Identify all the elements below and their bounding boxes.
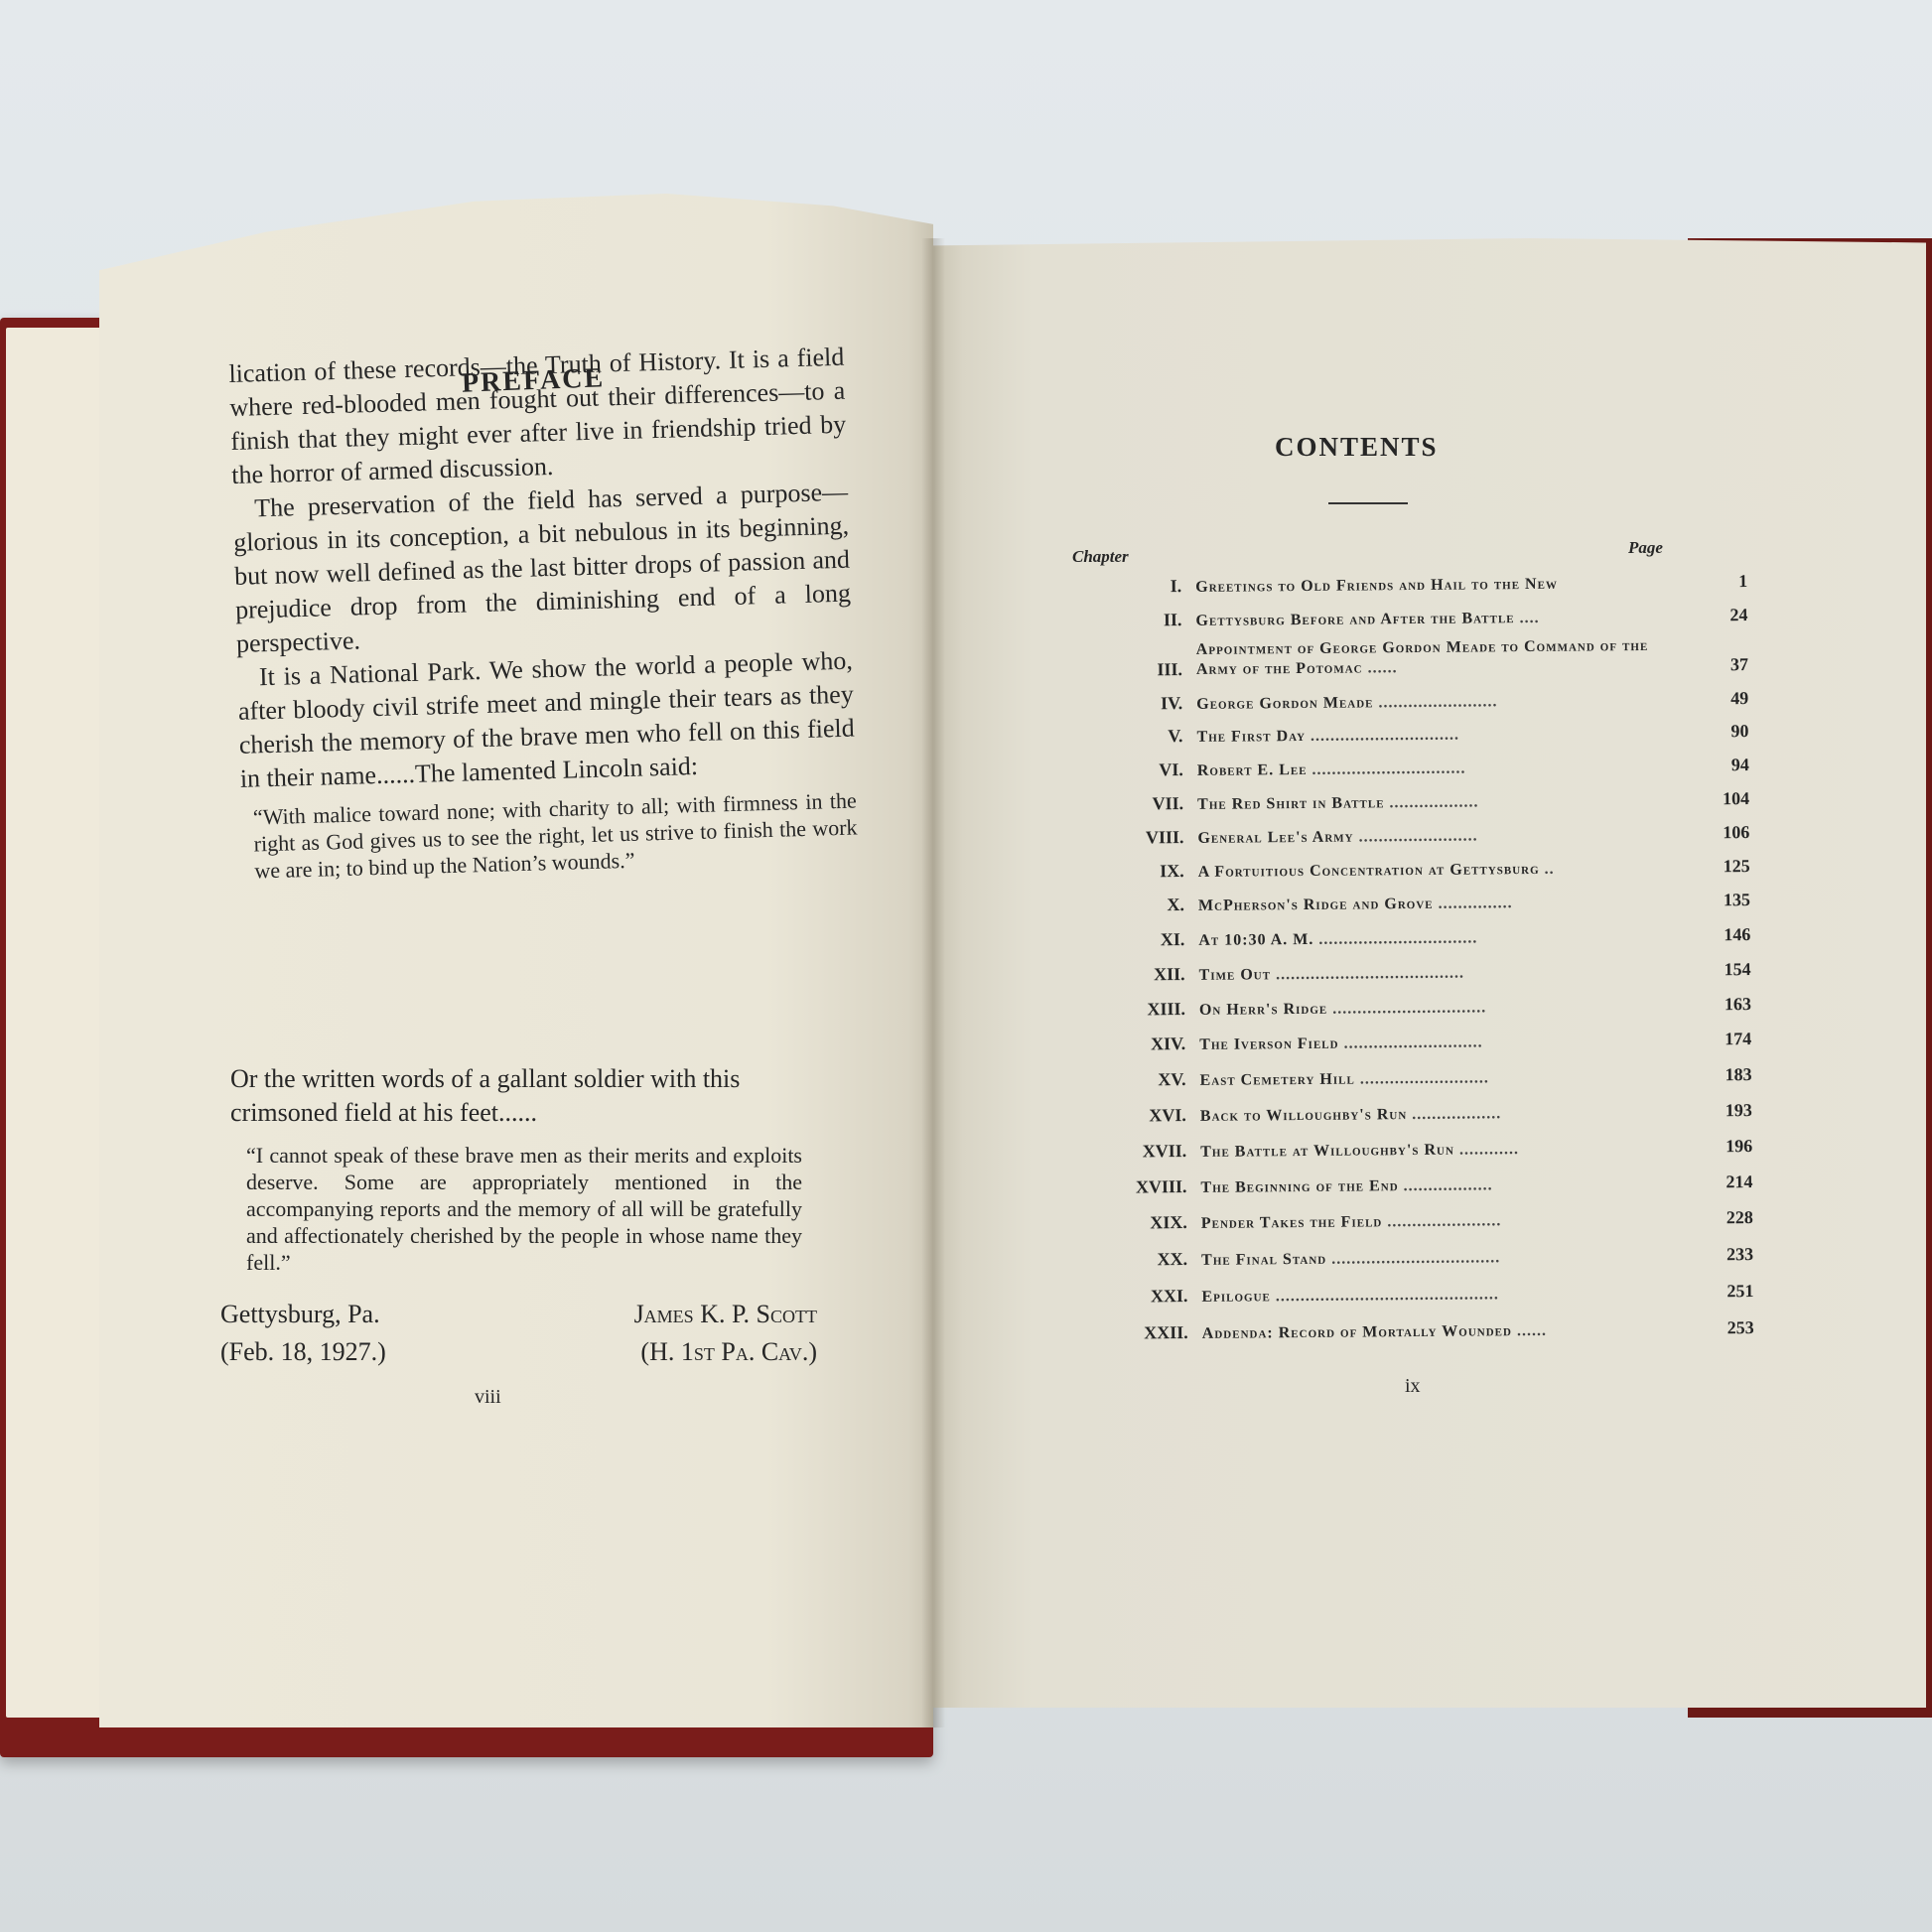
chapter-page: 174 <box>1690 1029 1751 1050</box>
chapter-number: IV. <box>1073 693 1196 715</box>
chapter-title-text: Back to Willoughby's Run <box>1200 1106 1408 1125</box>
chapter-title-text: East Cemetery Hill <box>1199 1071 1354 1089</box>
chapter-number: XIII. <box>1076 999 1199 1021</box>
leader-dots: .............................. <box>1306 727 1459 745</box>
chapter-page: 146 <box>1689 924 1750 946</box>
toc-entry: XV.East Cemetery Hill ..................… <box>1076 1049 1751 1091</box>
signature-author-block: James K. P. Scott (H. 1st Pa. Cav.) <box>544 1296 817 1371</box>
chapter-page: 94 <box>1688 755 1749 776</box>
chapter-page: 214 <box>1691 1172 1752 1193</box>
leader-dots: .................. <box>1407 1105 1501 1123</box>
toc-entry: XIX.Pender Takes the Field .............… <box>1078 1192 1753 1234</box>
chapter-number: IX. <box>1075 861 1198 883</box>
chapter-title: Appointment of George Gordon Meade to Co… <box>1196 636 1687 680</box>
chapter-title-text: Greetings to Old Friends and Hail to the… <box>1195 576 1558 596</box>
chapter-title-text: Epilogue <box>1201 1288 1271 1306</box>
chapter-title-text: Addenda: Record of Mortally Wounded <box>1202 1322 1512 1342</box>
chapter-title-text: Time Out <box>1199 966 1272 984</box>
chapter-title-text: The Final Stand <box>1201 1251 1326 1269</box>
chapter-number: XIV. <box>1076 1034 1199 1055</box>
chapter-page: 251 <box>1692 1281 1753 1303</box>
chapter-page: 37 <box>1687 654 1748 676</box>
chapter-number: VI. <box>1074 759 1197 781</box>
chapter-title-text: At 10:30 A. M. <box>1198 931 1313 949</box>
chapter-page: 163 <box>1690 994 1751 1016</box>
leader-dots: ............................ <box>1338 1034 1482 1051</box>
chapter-number: III. <box>1073 659 1196 681</box>
toc-entry: XVIII.The Beginning of the End .........… <box>1077 1157 1752 1198</box>
chapter-page: 125 <box>1689 856 1750 878</box>
toc-entry: XII.Time Out ...........................… <box>1075 945 1750 986</box>
chapter-number: XVI. <box>1077 1105 1200 1127</box>
leader-dots: ...... <box>1512 1322 1547 1339</box>
chapter-number: XXII. <box>1079 1322 1202 1344</box>
signature-place-date: Gettysburg, Pa. (Feb. 18, 1927.) <box>220 1296 386 1371</box>
chapter-title-text: George Gordon Meade <box>1196 694 1373 713</box>
leader-dots: ...... <box>1362 659 1397 676</box>
chapter-title-text: The Red Shirt in Battle <box>1197 794 1385 813</box>
toc-entry: XIII.On Herr's Ridge ...................… <box>1076 980 1751 1021</box>
chapter-page: 228 <box>1692 1207 1753 1229</box>
chapter-number: XII. <box>1076 964 1199 986</box>
chapter-number: XIX. <box>1078 1212 1201 1234</box>
leader-dots: ................................ <box>1313 929 1477 947</box>
toc-entry: IX.A Fortuitious Concentration at Gettys… <box>1075 843 1750 883</box>
contents-heading: CONTENTS <box>1275 432 1439 463</box>
chapter-number: II. <box>1072 610 1195 631</box>
chapter-title-text: A Fortuitious Concentration at Gettysbur… <box>1198 861 1540 881</box>
chapter-page: 196 <box>1691 1136 1752 1158</box>
page-number-left: viii <box>475 1386 501 1409</box>
toc-entry: XXII.Addenda: Record of Mortally Wounded… <box>1079 1302 1754 1344</box>
chapter-title-text: Appointment of George Gordon Meade to Co… <box>1196 637 1649 678</box>
chapter-title-text: Gettysburg Before and After the Battle <box>1195 610 1514 629</box>
chapter-title-text: On Herr's Ridge <box>1199 1001 1327 1019</box>
chapter-page: 253 <box>1693 1317 1754 1339</box>
chapter-title-text: The Iverson Field <box>1199 1035 1338 1053</box>
leader-dots: .................................. <box>1326 1249 1500 1268</box>
leader-dots: ............................... <box>1327 999 1486 1017</box>
chapter-page: 233 <box>1692 1244 1753 1266</box>
heading-rule <box>1328 502 1408 504</box>
chapter-number: XV. <box>1076 1069 1199 1091</box>
chapter-page: 24 <box>1686 605 1747 626</box>
chapter-title-text: The Beginning of the End <box>1200 1177 1398 1196</box>
book-gutter <box>921 238 945 1727</box>
toc-entry: III.Appointment of George Gordon Meade t… <box>1073 625 1748 681</box>
toc-entry: XVI.Back to Willoughby's Run ...........… <box>1077 1085 1752 1127</box>
preface-paragraph: It is a National Park. We show the world… <box>237 644 857 796</box>
chapter-page: 106 <box>1688 822 1749 844</box>
chapter-title-text: Robert E. Lee <box>1197 761 1308 779</box>
leader-dots: ...................................... <box>1271 965 1464 984</box>
signature-author: James K. P. Scott <box>544 1296 817 1333</box>
leader-dots: ............................... <box>1307 760 1465 778</box>
toc-entry: VII.The Red Shirt in Battle ............… <box>1074 775 1749 815</box>
toc-entry: I.Greetings to Old Friends and Hail to t… <box>1072 558 1747 598</box>
chapter-page: 104 <box>1688 788 1749 810</box>
preface-paragraph: The preservation of the field has served… <box>232 476 853 661</box>
chapter-title-text: McPherson's Ridge and Grove <box>1198 896 1434 914</box>
chapter-number: V. <box>1073 726 1196 748</box>
signature-unit: (H. 1st Pa. Cav.) <box>544 1333 817 1371</box>
leader-dots: ........................ <box>1353 827 1477 845</box>
toc-entry: VIII.General Lee's Army ................… <box>1074 809 1749 849</box>
leader-dots: .... <box>1515 610 1540 626</box>
toc-entry: VI.Robert E. Lee .......................… <box>1074 742 1749 781</box>
chapter-number: XI. <box>1075 929 1198 951</box>
leader-dots: .................. <box>1399 1176 1493 1194</box>
chapter-page: 135 <box>1689 890 1750 911</box>
leader-dots: .......................... <box>1355 1069 1489 1087</box>
chapter-number: VIII. <box>1074 827 1197 849</box>
chapter-number: XVII. <box>1077 1141 1200 1163</box>
toc-entry: X.McPherson's Ridge and Grove ..........… <box>1075 877 1750 916</box>
leader-dots: ........................................… <box>1271 1286 1499 1305</box>
chapter-page: 183 <box>1690 1064 1751 1086</box>
lincoln-quote: “With malice toward none; with charity t… <box>253 787 859 885</box>
soldier-intro: Or the written words of a gallant soldie… <box>230 1062 826 1130</box>
chapter-page: 154 <box>1690 959 1751 981</box>
chapter-number: XXI. <box>1078 1286 1201 1308</box>
leader-dots: ........................ <box>1373 693 1497 711</box>
toc-entry: XXI.Epilogue ...........................… <box>1078 1265 1753 1308</box>
leader-dots: .................. <box>1384 793 1478 811</box>
toc-entry: XX.The Final Stand .....................… <box>1078 1228 1753 1271</box>
chapter-title-text: General Lee's Army <box>1197 829 1353 847</box>
chapter-title-text: Pender Takes the Field <box>1201 1213 1383 1232</box>
signature-date: (Feb. 18, 1927.) <box>220 1333 386 1371</box>
toc-entry: XIV.The Iverson Field ..................… <box>1076 1015 1751 1055</box>
preface-paragraph: lication of these records—the Truth of H… <box>228 341 848 492</box>
chapter-number: XX. <box>1078 1249 1201 1271</box>
chapter-title-text: The Battle at Willoughby's Run <box>1200 1142 1454 1161</box>
page-column-label: Page <box>1628 538 1663 558</box>
chapter-page: 193 <box>1691 1100 1752 1122</box>
soldier-quote: “I cannot speak of these brave men as th… <box>246 1142 802 1276</box>
chapter-page: 1 <box>1686 571 1747 593</box>
signature-place: Gettysburg, Pa. <box>220 1296 386 1333</box>
leader-dots: .. <box>1540 861 1555 878</box>
chapter-page: 90 <box>1687 721 1748 743</box>
chapter-title-text: The First Day <box>1196 728 1306 746</box>
toc-entry: XI.At 10:30 A. M. ......................… <box>1075 910 1750 951</box>
toc-entry: V.The First Day ........................… <box>1073 709 1748 748</box>
toc-entry: IV.George Gordon Meade .................… <box>1073 675 1748 715</box>
page-number-right: ix <box>1405 1375 1421 1398</box>
leader-dots: ............ <box>1454 1141 1519 1159</box>
preface-body: lication of these records—the Truth of H… <box>228 341 859 893</box>
chapter-page: 49 <box>1687 688 1748 710</box>
chapter-number: XVIII. <box>1077 1176 1200 1198</box>
toc-entry: II.Gettysburg Before and After the Battl… <box>1072 592 1747 631</box>
table-of-contents: I.Greetings to Old Friends and Hail to t… <box>1072 558 1754 1344</box>
chapter-number: VII. <box>1074 793 1197 815</box>
chapter-number: I. <box>1072 576 1195 598</box>
leader-dots: ............... <box>1434 895 1513 912</box>
toc-entry: XVII.The Battle at Willoughby's Run ....… <box>1077 1121 1752 1163</box>
leader-dots: ....................... <box>1382 1212 1501 1230</box>
chapter-number: X. <box>1075 895 1198 916</box>
